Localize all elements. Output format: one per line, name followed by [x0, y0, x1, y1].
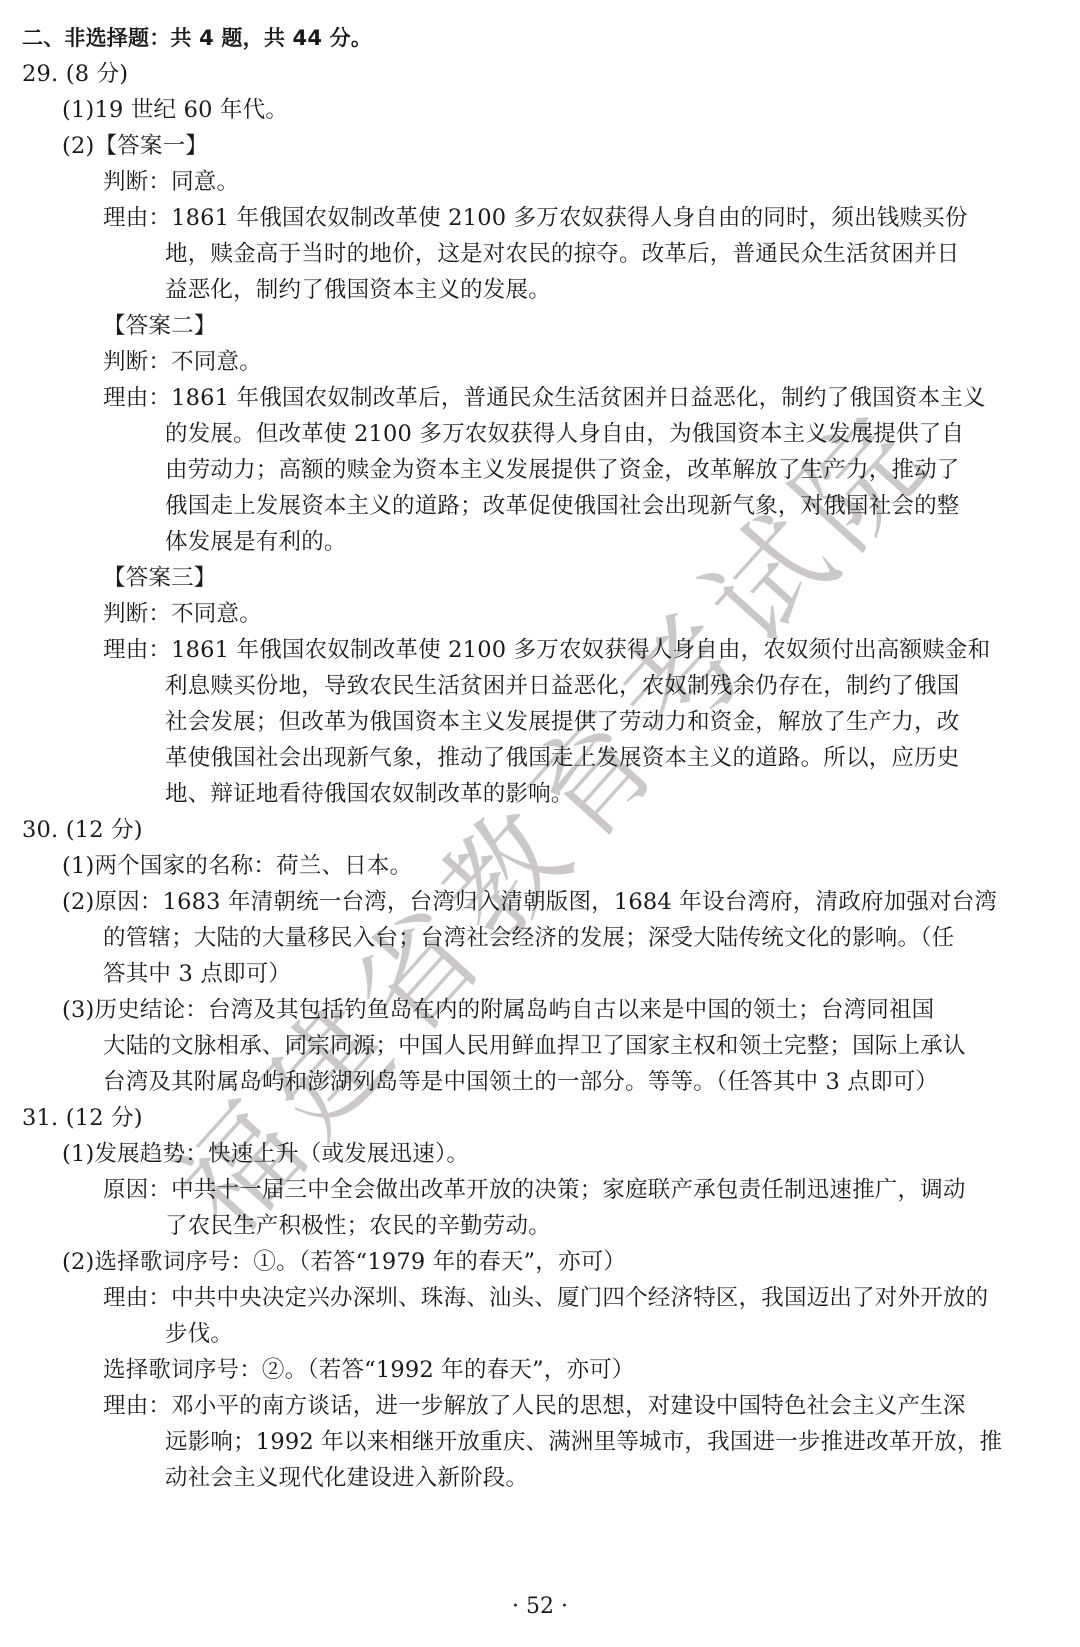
q29-a2-reason-line: 理由：1861 年俄国农奴制改革后，普通民众生活贫困并日益恶化，制约了俄国资本主… [103, 380, 986, 416]
q31-part2b-reason-line: 动社会主义现代化建设进入新阶段。 [165, 1460, 528, 1496]
q29-a3-reason-line: 社会发展；但改革为俄国资本主义发展提供了劳动力和资金，解放了生产力，改 [165, 704, 960, 740]
q29-part2-label: (2)【答案一】 [62, 128, 208, 164]
q29-a1-reason-line: 益恶化，制约了俄国资本主义的发展。 [165, 272, 551, 308]
q29-a1-judge: 判断：同意。 [103, 164, 239, 200]
q29-a2-reason-line: 体发展是有利的。 [165, 524, 347, 560]
q29-title: 29. (8 分) [22, 56, 128, 92]
q30-part3-line: (3)历史结论：台湾及其包括钓鱼岛在内的附属岛屿自古以来是中国的领土；台湾同祖国 [62, 992, 934, 1028]
q30-part1: (1)两个国家的名称：荷兰、日本。 [62, 848, 412, 884]
q29-a3-reason-line: 地、辩证地看待俄国农奴制改革的影响。 [165, 776, 574, 812]
q29-a3-judge: 判断：不同意。 [103, 596, 262, 632]
q31-part2: (2)选择歌词序号：①。（若答“1979 年的春天”，亦可） [62, 1244, 626, 1280]
q29-a3-label: 【答案三】 [103, 560, 217, 596]
q30-title: 30. (12 分) [22, 812, 143, 848]
q31-part2b: 选择歌词序号：②。（若答“1992 年的春天”，亦可） [103, 1352, 635, 1388]
answer-key-page: 福建省教育考试院 二、非选择题：共 4 题，共 44 分。 29. (8 分) … [0, 0, 1080, 1647]
q31-part2-reason-line: 理由：中共中央决定兴办深圳、珠海、汕头、厦门四个经济特区，我国迈出了对外开放的 [103, 1280, 988, 1316]
q30-part3-line: 大陆的文脉相承、同宗同源；中国人民用鲜血捍卫了国家主权和领土完整；国际上承认 [103, 1028, 966, 1064]
q29-a3-reason-line: 理由：1861 年俄国农奴制改革使 2100 多万农奴获得人身自由，农奴须付出高… [103, 632, 990, 668]
q30-part2-line: 答其中 3 点即可） [103, 956, 291, 992]
q29-a1-reason-line: 地，赎金高于当时的地价，这是对农民的掠夺。改革后，普通民众生活贫困并日 [165, 236, 960, 272]
q30-part3-line: 台湾及其附属岛屿和澎湖列岛等是中国领土的一部分。等等。（任答其中 3 点即可） [103, 1064, 938, 1100]
q29-a2-label: 【答案二】 [103, 308, 217, 344]
q31-part1: (1)发展趋势：快速上升（或发展迅速）。 [62, 1136, 469, 1172]
q29-a2-reason-line: 由劳动力；高额的赎金为资本主义发展提供了资金，改革解放了生产力，推动了 [165, 452, 960, 488]
q29-a3-reason-line: 利息赎买份地，导致农民生活贫困并日益恶化，农奴制残余仍存在，制约了俄国 [165, 668, 960, 704]
section-heading: 二、非选择题：共 4 题，共 44 分。 [22, 20, 372, 56]
q29-a2-reason-line: 俄国走上发展资本主义的道路；改革促使俄国社会出现新气象，对俄国社会的整 [165, 488, 960, 524]
q29-a2-judge: 判断：不同意。 [103, 344, 262, 380]
page-number: · 52 · [0, 1594, 1080, 1619]
q29-a2-reason-line: 的发展。但改革使 2100 多万农奴获得人身自由，为俄国资本主义发展提供了自 [165, 416, 964, 452]
q31-part2b-reason-line: 远影响；1992 年以来相继开放重庆、满洲里等城市，我国进一步推进改革开放，推 [165, 1424, 1002, 1460]
q31-part1-reason-line: 了农民生产积极性；农民的辛勤劳动。 [165, 1208, 551, 1244]
q29-a1-reason-line: 理由：1861 年俄国农奴制改革使 2100 多万农奴获得人身自由的同时，须出钱… [103, 200, 968, 236]
q31-part2-reason-line: 步伐。 [165, 1316, 233, 1352]
q31-part1-reason-line: 原因：中共十一届三中全会做出改革开放的决策；家庭联产承包责任制迅速推广，调动 [103, 1172, 966, 1208]
q29-a3-reason-line: 革使俄国社会出现新气象，推动了俄国走上发展资本主义的道路。所以，应历史 [165, 740, 960, 776]
q29-part1: (1)19 世纪 60 年代。 [62, 92, 288, 128]
q31-title: 31. (12 分) [22, 1100, 143, 1136]
q31-part2b-reason-line: 理由：邓小平的南方谈话，进一步解放了人民的思想，对建设中国特色社会主义产生深 [103, 1388, 966, 1424]
q30-part2-line: (2)原因：1683 年清朝统一台湾，台湾归入清朝版图，1684 年设台湾府，清… [62, 884, 997, 920]
q30-part2-line: 的管辖；大陆的大量移民入台；台湾社会经济的发展；深受大陆传统文化的影响。（任 [103, 920, 954, 956]
